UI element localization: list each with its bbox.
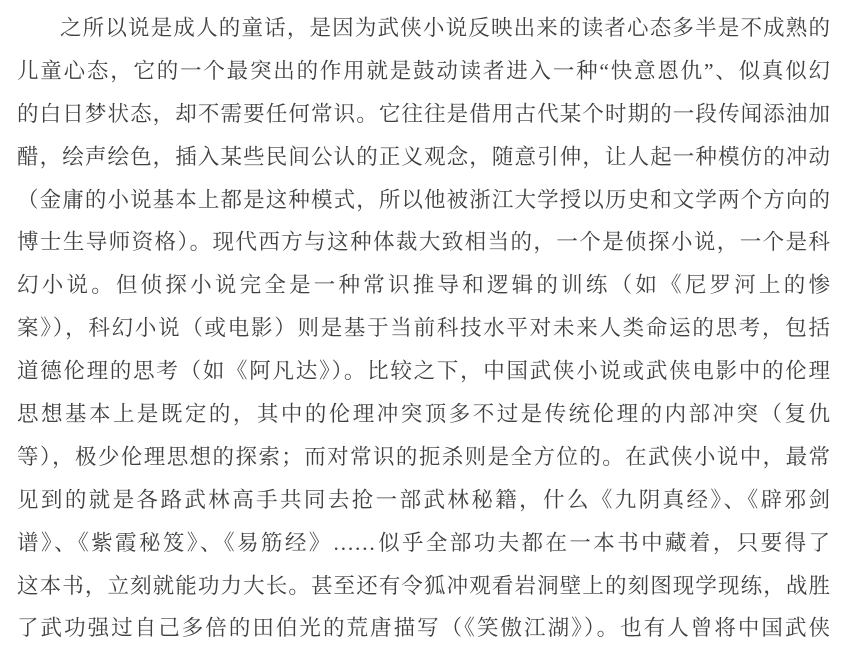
text-line: （金庸的小说基本上都是这种模式，所以他被浙江大学授以历史和文学两个方向的 — [17, 179, 830, 222]
text-line: 案》），科幻小说（或电影）则是基于当前科技水平对未来人类命运的思考，包括 — [17, 307, 830, 350]
text-line: 幻小说。但侦探小说完全是一种常识推导和逻辑的训练（如《尼罗河上的惨 — [17, 264, 830, 307]
text-line: 儿童心态，它的一个最突出的作用就是鼓动读者进入一种“快意恩仇”、似真似幻 — [17, 50, 830, 93]
text-line: 思想基本上是既定的，其中的伦理冲突顶多不过是传统伦理的内部冲突（复仇 — [17, 393, 830, 436]
document-page: 之所以说是成人的童话，是因为武侠小说反映出来的读者心态多半是不成熟的 儿童心态，… — [0, 0, 844, 649]
text-line: 博士生导师资格）。现代西方与这种体裁大致相当的，一个是侦探小说，一个是科 — [17, 221, 830, 264]
text-line: 道德伦理的思考（如《阿凡达》）。比较之下，中国武侠小说或武侠电影中的伦理 — [17, 350, 830, 393]
paragraph: 之所以说是成人的童话，是因为武侠小说反映出来的读者心态多半是不成熟的 儿童心态，… — [17, 7, 830, 649]
text-line: 醋，绘声绘色，插入某些民间公认的正义观念，随意引伸，让人起一种模仿的冲动 — [17, 136, 830, 179]
text-line: 见到的就是各路武林高手共同去抢一部武林秘籍，什么《九阴真经》、《辟邪剑 — [17, 479, 830, 522]
text-line: 的白日梦状态，却不需要任何常识。它往往是借用古代某个时期的一段传闻添油加 — [17, 93, 830, 136]
text-line: 了武功强过自己多倍的田伯光的荒唐描写（《笑傲江湖》）。也有人曾将中国武侠 — [17, 607, 830, 649]
text-line: 等），极少伦理思想的探索；而对常识的扼杀则是全方位的。在武侠小说中，最常 — [17, 436, 830, 479]
text-line: 这本书，立刻就能功力大长。甚至还有令狐冲观看岩洞壁上的刻图现学现练，战胜 — [17, 565, 830, 608]
text-line: 之所以说是成人的童话，是因为武侠小说反映出来的读者心态多半是不成熟的 — [17, 7, 830, 50]
text-line: 谱》、《紫霞秘笈》、《易筋经》……似乎全部功夫都在一本书中藏着，只要得了 — [17, 522, 830, 565]
